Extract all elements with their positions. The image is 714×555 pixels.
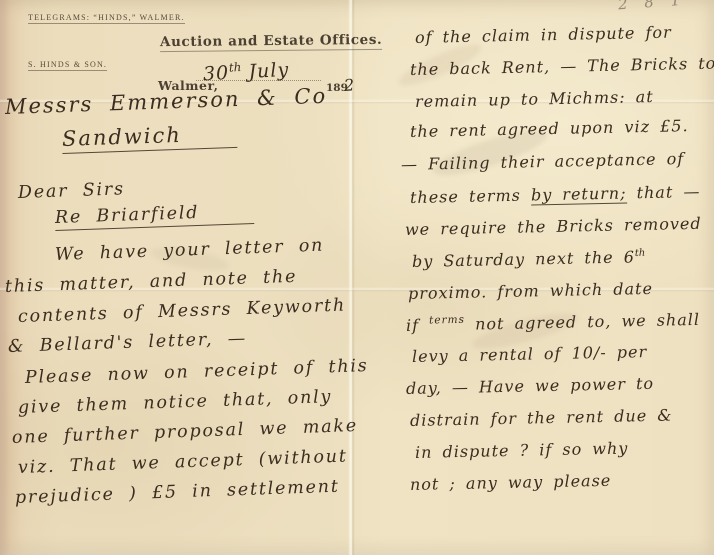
- letter-line: viz. That we accept (without: [18, 446, 348, 477]
- date-month: July: [241, 59, 290, 83]
- letter-line: the back Rent, — The Bricks to: [410, 54, 714, 79]
- letter-line: of the claim in dispute for: [415, 23, 672, 47]
- line-segment: not agreed to, we shall: [465, 310, 700, 334]
- letter-line: day, — Have we power to: [406, 374, 654, 398]
- inserted-word: terms: [429, 314, 465, 327]
- letter-line: proximo. from which date: [408, 279, 653, 303]
- letterhead-office-line: Auction and Estate Offices.: [160, 32, 382, 52]
- letter-line: Sandwich: [62, 121, 238, 154]
- letter-line: these terms by return; that —: [410, 182, 701, 207]
- letter-line: levy a rental of 10/- per: [412, 342, 648, 366]
- letter-line: remain up to Michms: at: [415, 87, 654, 111]
- letter-line: we require the Bricks removed: [405, 214, 702, 239]
- letter-line: distrain for the rent due &: [410, 406, 673, 430]
- line-segment: these terms: [410, 185, 531, 207]
- letter-line: the rent agreed upon viz £5.: [410, 116, 689, 141]
- date-day: 30: [202, 62, 229, 85]
- letter-line: We have your letter on: [55, 236, 325, 265]
- letter-line: Messrs Emmerson & Co: [5, 84, 328, 119]
- underlined-phrase: by return;: [531, 183, 627, 205]
- letter-line: Re Briarfield: [55, 201, 255, 231]
- line-segment: by Saturday next the 6: [412, 247, 635, 271]
- letter-scan: 2 8 1 TELEGRAMS: “HINDS,” WALMER. Auctio…: [0, 0, 714, 555]
- letter-line: contents of Messrs Keyworth: [18, 296, 347, 327]
- letter-line: by Saturday next the 6th: [412, 247, 646, 271]
- letter-line: if terms not agreed to, we shall: [406, 310, 700, 335]
- handwritten-date: 30th July: [202, 58, 289, 86]
- letter-line: this matter, and note the: [5, 267, 298, 297]
- ordinal-suffix: th: [635, 248, 646, 259]
- line-segment: that —: [626, 182, 700, 203]
- letter-line: Please now on receipt of this: [25, 356, 369, 388]
- letter-line: not ; any way please: [410, 471, 612, 494]
- letter-line: — Failing their acceptance of: [401, 149, 685, 174]
- handwritten-year-digit: 2: [343, 75, 354, 95]
- letterhead-firm: S. HINDS & SON.: [28, 60, 107, 71]
- date-day-suffix: th: [229, 60, 242, 75]
- letter-line: give them notice that, only: [18, 387, 333, 418]
- letter-line: & Bellard's letter, —: [8, 329, 248, 357]
- letter-line: in dispute ? if so why: [415, 439, 629, 462]
- pencil-annotation: 2 8 1: [617, 0, 686, 13]
- letter-line: prejudice ) £5 in settlement: [15, 477, 340, 508]
- letter-line: Dear Sirs: [18, 179, 126, 203]
- letterhead-telegrams: TELEGRAMS: “HINDS,” WALMER.: [28, 13, 185, 24]
- letter-line: one further proposal we make: [12, 416, 359, 448]
- line-segment: if: [406, 316, 430, 335]
